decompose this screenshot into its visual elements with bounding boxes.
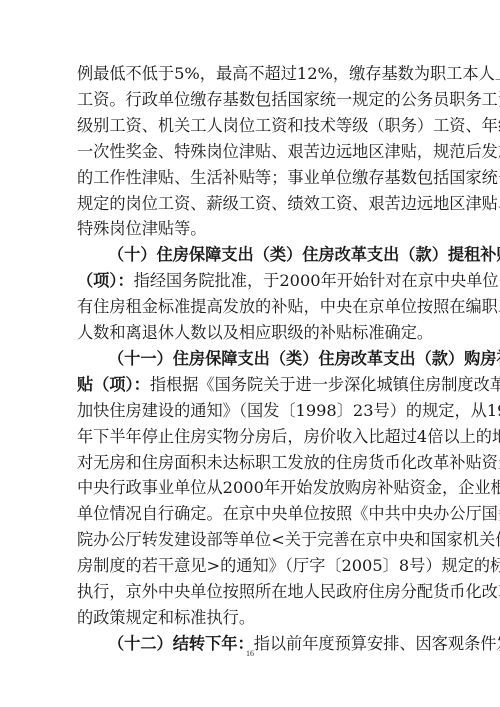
paragraph-end-line: 人数和离退休人数以及相应职级的补贴标准确定。 <box>77 322 439 344</box>
paragraph-end-line: 特殊岗位津贴等。 <box>77 218 439 240</box>
line-text: 一次性奖金、特殊岗位津贴、艰苦边远地区津贴，规范后发放 <box>77 142 500 161</box>
paragraph-end-line: 的政策规定和标准执行。 <box>77 607 439 629</box>
line-text: 有住房租金标准提高发放的补贴，中央在京单位按照在编职工 <box>77 297 500 316</box>
text-line: 院办公厅转发建设部等单位<关于完善在京中央和国家机关住 <box>77 529 439 551</box>
heading-text: （十一）住房保障支出（类）住房改革支出（款）购房补 <box>108 349 500 368</box>
document-page: 例最低不低于5%，最高不超过12%，缴存基数为职工本人上年 工资。行政单位缴存基… <box>0 0 500 707</box>
line-text: 指经国务院批准，于2000年开始针对在京中央单位公 <box>134 271 500 290</box>
section-heading-10: （十）住房保障支出（类）住房改革支出（款）提租补贴 <box>108 244 439 266</box>
text-line: 贴（项）：指根据《国务院关于进一步深化城镇住房制度改革 <box>77 374 439 396</box>
line-text: 规定的岗位工资、薪级工资、绩效工资、艰苦边远地区津贴、 <box>77 194 500 213</box>
line-text: 特殊岗位津贴等。 <box>77 219 207 238</box>
text-line: 对无房和住房面积未达标职工发放的住房货币化改革补贴资金。 <box>77 452 439 474</box>
heading-text: （十）住房保障支出（类）住房改革支出（款）提租补贴 <box>108 245 500 264</box>
line-text: 年下半年停止住房实物分房后，房价收入比超过4倍以上的地区 <box>77 427 500 446</box>
line-text: 单位情况自行确定。在京中央单位按照《中共中央办公厅国务 <box>77 504 500 523</box>
text-line: 房制度的若干意见>的通知》（厅字〔2005〕8号）规定的标准 <box>77 555 439 577</box>
line-text: 房制度的若干意见>的通知》（厅字〔2005〕8号）规定的标准 <box>77 556 500 575</box>
line-text: 对无房和住房面积未达标职工发放的住房货币化改革补贴资金。 <box>77 453 500 472</box>
line-text: 例最低不低于5%，最高不超过12%，缴存基数为职工本人上年 <box>77 64 500 83</box>
line-text: 的政策规定和标准执行。 <box>77 608 255 627</box>
text-line: 执行，京外中央单位按照所在地人民政府住房分配货币化改革 <box>77 581 439 603</box>
line-text: 级别工资、机关工人岗位工资和技术等级（职务）工资、年终 <box>77 116 500 135</box>
text-line: 级别工资、机关工人岗位工资和技术等级（职务）工资、年终 <box>77 115 439 137</box>
line-text: 工资。行政单位缴存基数包括国家统一规定的公务员职务工资、 <box>77 90 500 109</box>
line-text: 院办公厅转发建设部等单位<关于完善在京中央和国家机关住 <box>77 530 500 549</box>
text-line: 例最低不低于5%，最高不超过12%，缴存基数为职工本人上年 <box>77 63 439 85</box>
text-line: 一次性奖金、特殊岗位津贴、艰苦边远地区津贴，规范后发放 <box>77 141 439 163</box>
heading-text: 贴（项）： <box>77 375 150 394</box>
text-line: 中央行政事业单位从2000年开始发放购房补贴资金，企业根据 <box>77 477 439 499</box>
page-number: 16 <box>0 649 500 658</box>
text-line: 单位情况自行确定。在京中央单位按照《中共中央办公厅国务 <box>77 503 439 525</box>
text-line: 的工作性津贴、生活补贴等；事业单位缴存基数包括国家统一 <box>77 167 439 189</box>
text-line: （项）：指经国务院批准，于2000年开始针对在京中央单位公 <box>77 270 439 292</box>
line-text: 的工作性津贴、生活补贴等；事业单位缴存基数包括国家统一 <box>77 168 500 187</box>
text-line: 有住房租金标准提高发放的补贴，中央在京单位按照在编职工 <box>77 296 439 318</box>
line-text: 中央行政事业单位从2000年开始发放购房补贴资金，企业根据 <box>77 478 500 497</box>
line-text: 加快住房建设的通知》（国发〔1998〕23号）的规定，从1998 <box>77 401 500 420</box>
section-heading-11: （十一）住房保障支出（类）住房改革支出（款）购房补 <box>108 348 439 370</box>
heading-text: （项）： <box>77 271 134 290</box>
text-line: 工资。行政单位缴存基数包括国家统一规定的公务员职务工资、 <box>77 89 439 111</box>
text-line: 年下半年停止住房实物分房后，房价收入比超过4倍以上的地区 <box>77 426 439 448</box>
text-line: 加快住房建设的通知》（国发〔1998〕23号）的规定，从1998 <box>77 400 439 422</box>
line-text: 指根据《国务院关于进一步深化城镇住房制度改革 <box>150 375 500 394</box>
line-text: 执行，京外中央单位按照所在地人民政府住房分配货币化改革 <box>77 582 500 601</box>
line-text: 人数和离退休人数以及相应职级的补贴标准确定。 <box>77 323 433 342</box>
text-line: 规定的岗位工资、薪级工资、绩效工资、艰苦边远地区津贴、 <box>77 193 439 215</box>
